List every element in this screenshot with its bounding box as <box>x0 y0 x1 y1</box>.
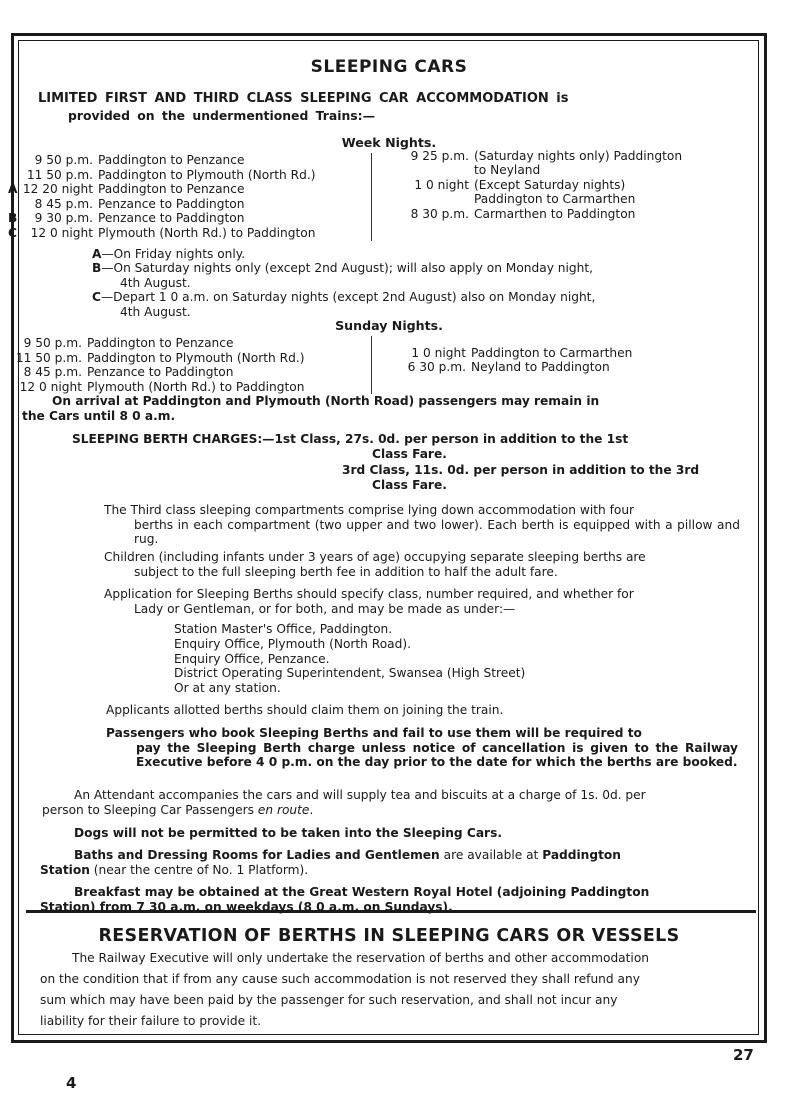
attendant-line-2-pre: person to Sleeping Car Passengers <box>42 803 258 817</box>
week-nights-right-trains: 9 25 p.m.(Saturday nights only) Paddingt… <box>399 149 759 221</box>
baths-bold-1: Baths and Dressing Rooms for Ladies and … <box>74 848 440 862</box>
baths-bold-3: Station <box>40 863 90 877</box>
baths-bold-2: Paddington <box>542 848 621 862</box>
train-row: 8 45 p.m.Penzance to Paddington <box>8 365 369 380</box>
train-route: Paddington to Penzance <box>98 153 369 168</box>
page-number-left: 4 <box>66 1074 76 1092</box>
application-line-1: Application for Sleeping Berths should s… <box>104 587 634 601</box>
train-time: 1 0 night <box>404 346 471 360</box>
page-title: SLEEPING CARS <box>22 60 756 74</box>
reservation-line-1: The Railway Executive will only undertak… <box>40 948 744 969</box>
attendant-paragraph: An Attendant accompanies the cars and wi… <box>42 788 742 817</box>
first-class-charge-cont: Class Fare. <box>72 447 742 462</box>
page-number-right: 27 <box>733 1046 754 1064</box>
children-paragraph: Children (including infants under 3 year… <box>104 550 744 579</box>
train-route-cont: to Neyland <box>399 163 759 177</box>
application-address: Enquiry Office, Penzance. <box>174 652 525 667</box>
footnote: A—On Friday nights only. <box>92 247 742 261</box>
reservation-paragraph: The Railway Executive will only undertak… <box>40 948 744 1032</box>
sunday-nights-right-trains: 1 0 nightPaddington to Carmarthen6 30 p.… <box>404 346 764 375</box>
footnote: C—Depart 1 0 a.m. on Saturday nights (ex… <box>92 290 742 319</box>
train-route: (Except Saturday nights) <box>474 178 625 192</box>
application-paragraph: Application for Sleeping Berths should s… <box>104 587 744 616</box>
train-time: 6 30 p.m. <box>404 360 471 374</box>
train-time: 8 30 p.m. <box>399 207 474 221</box>
train-row: 6 30 p.m.Neyland to Paddington <box>404 360 764 374</box>
application-address: Station Master's Office, Paddington. <box>174 622 525 637</box>
arrival-note-line-2: the Cars until 8 0 a.m. <box>22 409 742 424</box>
train-mark: B <box>8 211 19 226</box>
footnote-cont: 4th August. <box>92 276 742 290</box>
arrival-note-line-1: On arrival at Paddington and Plymouth (N… <box>22 394 742 409</box>
train-time: 12 20 night <box>19 182 98 197</box>
train-time: 9 25 p.m. <box>399 149 474 163</box>
train-time: 9 50 p.m. <box>19 153 98 168</box>
train-mark <box>8 197 19 212</box>
intro-line-1: LIMITED FIRST AND THIRD CLASS SLEEPING C… <box>38 91 568 106</box>
berth-charges: SLEEPING BERTH CHARGES:—1st Class, 27s. … <box>72 432 742 492</box>
train-time: 11 50 p.m. <box>19 168 98 183</box>
footnote: B—On Saturday nights only (except 2nd Au… <box>92 261 742 290</box>
third-class-line-1: The Third class sleeping compartments co… <box>104 503 634 517</box>
train-route: Penzance to Paddington <box>87 365 369 380</box>
train-route: Paddington to Plymouth (North Rd.) <box>87 351 369 366</box>
train-row: C12 0 nightPlymouth (North Rd.) to Paddi… <box>8 226 369 241</box>
train-row: A12 20 nightPaddington to Penzance <box>8 182 369 197</box>
train-time: 9 50 p.m. <box>8 336 87 351</box>
reservation-line-2: on the condition that if from any cause … <box>40 969 744 990</box>
train-time: 8 45 p.m. <box>8 365 87 380</box>
children-line-1: Children (including infants under 3 year… <box>104 550 646 564</box>
third-class-compartments-paragraph: The Third class sleeping compartments co… <box>104 503 740 547</box>
train-row: 8 30 p.m.Carmarthen to Paddington <box>399 207 759 221</box>
train-route: Paddington to Penzance <box>87 336 369 351</box>
reservation-line-4: liability for their failure to provide i… <box>40 1011 744 1032</box>
children-rest: subject to the full sleeping berth fee i… <box>104 565 744 580</box>
train-time: 8 45 p.m. <box>19 197 98 212</box>
footnote-text: —On Saturday nights only (except 2nd Aug… <box>101 261 593 275</box>
baths-normal-2: (near the centre of No. 1 Platform). <box>90 863 308 877</box>
train-route: Penzance to Paddington <box>98 197 369 212</box>
train-mark: C <box>8 226 19 241</box>
breakfast-line-1: Breakfast may be obtained at the Great W… <box>40 885 742 900</box>
train-route: Paddington to Plymouth (North Rd.) <box>98 168 369 183</box>
train-mark <box>8 153 19 168</box>
cancellation-rest: pay the Sleeping Berth charge unless not… <box>106 741 738 770</box>
first-class-charge: 1st Class, 27s. 0d. per person in additi… <box>274 432 628 446</box>
train-route: Paddington to Carmarthen <box>471 346 632 360</box>
train-row: 8 45 p.m.Penzance to Paddington <box>8 197 369 212</box>
week-nights-notes: A—On Friday nights only.B—On Saturday ni… <box>92 247 742 319</box>
section-divider <box>26 910 756 913</box>
charges-label: SLEEPING BERTH CHARGES:— <box>72 432 274 446</box>
train-row: 12 0 nightPlymouth (North Rd.) to Paddin… <box>8 380 369 395</box>
third-class-charge-cont: Class Fare. <box>72 478 742 493</box>
footnote-mark: C <box>92 290 101 304</box>
train-route: Carmarthen to Paddington <box>474 207 635 221</box>
application-address: Or at any station. <box>174 681 525 696</box>
train-route: Neyland to Paddington <box>471 360 610 374</box>
train-time: 12 0 night <box>8 380 87 395</box>
train-row: 9 50 p.m.Paddington to Penzance <box>8 153 369 168</box>
train-time: 11 50 p.m. <box>8 351 87 366</box>
allotted-berths-paragraph: Applicants allotted berths should claim … <box>106 703 746 718</box>
train-time: 12 0 night <box>19 226 98 241</box>
intro-text: LIMITED FIRST AND THIRD CLASS SLEEPING C… <box>38 90 750 124</box>
train-row: 11 50 p.m.Paddington to Plymouth (North … <box>8 351 369 366</box>
train-route-cont: Paddington to Carmarthen <box>399 192 759 206</box>
train-route: Paddington to Penzance <box>98 182 369 197</box>
train-row: 9 50 p.m.Paddington to Penzance <box>8 336 369 351</box>
footnote-text: —Depart 1 0 a.m. on Saturday nights (exc… <box>101 290 595 304</box>
train-row: 11 50 p.m.Paddington to Plymouth (North … <box>8 168 369 183</box>
sunday-nights-heading: Sunday Nights. <box>22 319 756 333</box>
reservation-title: RESERVATION OF BERTHS IN SLEEPING CARS O… <box>22 929 756 943</box>
attendant-line-1: An Attendant accompanies the cars and wi… <box>42 788 742 803</box>
cancellation-line-1: Passengers who book Sleeping Berths and … <box>106 726 642 740</box>
third-class-charge: 3rd Class, 11s. 0d. per person in additi… <box>72 463 742 478</box>
train-route: (Saturday nights only) Paddington <box>474 149 682 163</box>
footnote-mark: B <box>92 261 101 275</box>
application-rest: Lady or Gentleman, or for both, and may … <box>104 602 744 617</box>
footnote-text: —On Friday nights only. <box>101 247 245 261</box>
train-route: Penzance to Paddington <box>98 211 369 226</box>
train-route: Plymouth (North Rd.) to Paddington <box>98 226 369 241</box>
week-nights-left-trains: 9 50 p.m.Paddington to Penzance11 50 p.m… <box>8 153 372 241</box>
application-addresses: Station Master's Office, Paddington.Enqu… <box>174 622 525 696</box>
reservation-line-3: sum which may have been paid by the pass… <box>40 990 744 1011</box>
train-mark: A <box>8 182 19 197</box>
train-route: Plymouth (North Rd.) to Paddington <box>87 380 369 395</box>
footnote-cont: 4th August. <box>92 305 742 319</box>
attendant-line-2-post: . <box>309 803 313 817</box>
train-row: B9 30 p.m.Penzance to Paddington <box>8 211 369 226</box>
intro-line-2: provided on the undermentioned Trains:— <box>38 107 750 124</box>
train-mark <box>8 168 19 183</box>
cancellation-paragraph: Passengers who book Sleeping Berths and … <box>106 726 738 770</box>
train-row: 9 25 p.m.(Saturday nights only) Paddingt… <box>399 149 759 178</box>
train-time: 9 30 p.m. <box>19 211 98 226</box>
train-time: 1 0 night <box>399 178 474 192</box>
train-row: 1 0 night(Except Saturday nights)Padding… <box>399 178 759 207</box>
application-address: Enquiry Office, Plymouth (North Road). <box>174 637 525 652</box>
baths-normal-1: are available at <box>440 848 542 862</box>
application-address: District Operating Superintendent, Swans… <box>174 666 525 681</box>
train-row: 1 0 nightPaddington to Carmarthen <box>404 346 764 360</box>
baths-paragraph: Baths and Dressing Rooms for Ladies and … <box>40 848 742 877</box>
third-class-rest: berths in each compartment (two upper an… <box>104 518 740 547</box>
attendant-line-2-italic: en route <box>258 803 310 817</box>
dogs-paragraph: Dogs will not be permitted to be taken i… <box>74 826 754 841</box>
arrival-note: On arrival at Paddington and Plymouth (N… <box>22 394 742 423</box>
sunday-nights-left-trains: 9 50 p.m.Paddington to Penzance11 50 p.m… <box>8 336 372 394</box>
